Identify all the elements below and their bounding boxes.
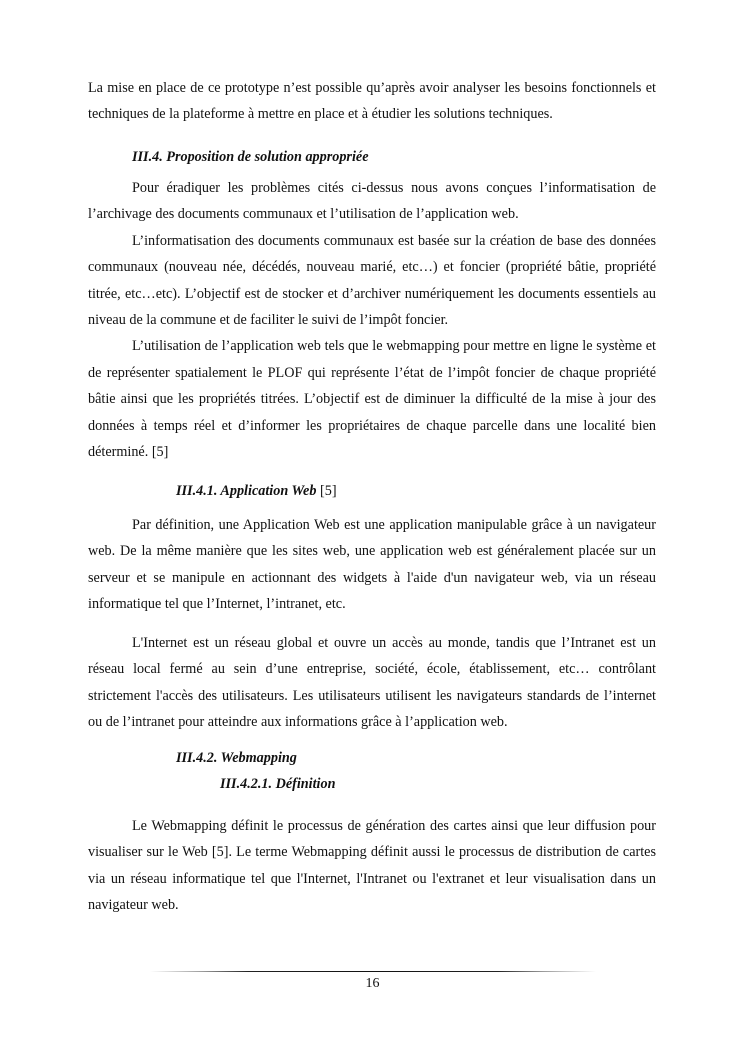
footer-divider: [150, 971, 596, 972]
section-III-4-1-body-b: L'Internet est un réseau global et ouvre…: [88, 630, 656, 736]
section-III-4-2-1-body: Le Webmapping définit le processus de gé…: [88, 813, 656, 919]
section-III-4-body: Pour éradiquer les problèmes cités ci-de…: [88, 175, 656, 465]
heading-III-4-2: III.4.2. Webmapping: [176, 748, 297, 768]
citation-ref: [5]: [316, 483, 336, 499]
paragraph: Pour éradiquer les problèmes cités ci-de…: [88, 175, 656, 228]
paragraph: L'Internet est un réseau global et ouvre…: [88, 630, 656, 736]
paragraph: L’utilisation de l’application web tels …: [88, 333, 656, 465]
section-III-4-1-body-a: Par définition, une Application Web est …: [88, 512, 656, 618]
intro-block: La mise en place de ce prototype n’est p…: [88, 75, 656, 128]
document-page: La mise en place de ce prototype n’est p…: [0, 0, 745, 1053]
heading-III-4-1: III.4.1. Application Web [5]: [176, 481, 337, 501]
heading-III-4: III.4. Proposition de solution approprié…: [132, 147, 369, 167]
page-number: 16: [0, 976, 745, 992]
heading-III-4-2-1: III.4.2.1. Définition: [220, 774, 336, 794]
paragraph: Le Webmapping définit le processus de gé…: [88, 813, 656, 919]
intro-paragraph: La mise en place de ce prototype n’est p…: [88, 75, 656, 128]
paragraph: Par définition, une Application Web est …: [88, 512, 656, 618]
paragraph: L’informatisation des documents communau…: [88, 228, 656, 334]
heading-text: III.4.1. Application Web: [176, 483, 316, 499]
